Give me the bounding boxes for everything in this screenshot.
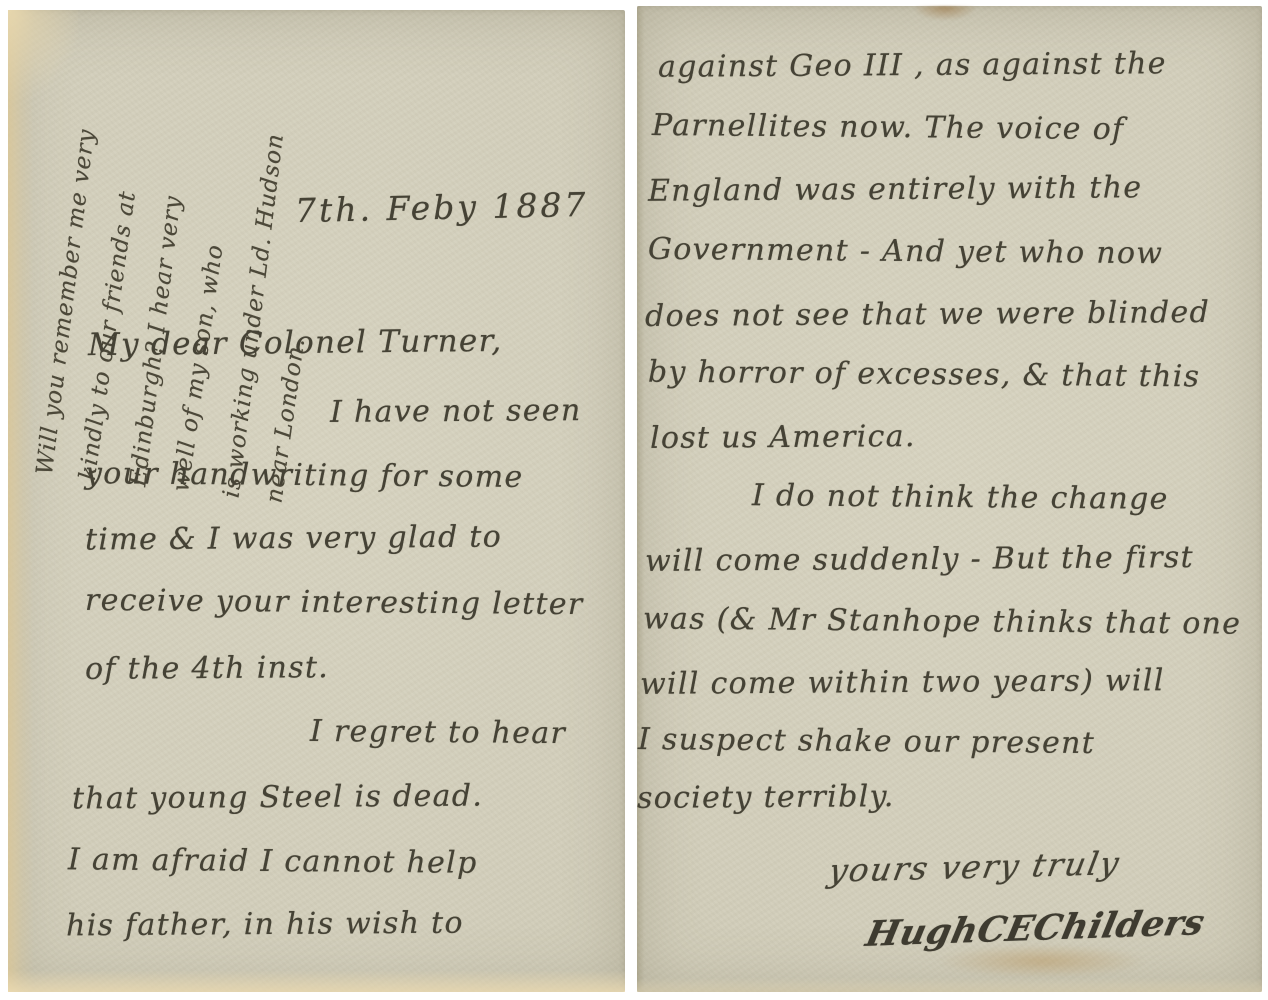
letter-line: was (& Mr Stanhope thinks that one [643, 601, 1242, 641]
letter-line: society terribly. [637, 779, 895, 816]
letter-line: I regret to hear [310, 714, 566, 751]
letter-line: will come suddenly - But the first [645, 540, 1194, 579]
letter-line: Parnellites now. The voice of [652, 108, 1125, 147]
letter-line: England was entirely with the [648, 170, 1143, 208]
letter-page-1: Will you remember me very kindly to our … [8, 10, 625, 992]
letter-date: 7th. Feby 1887 [295, 185, 589, 230]
letter-line: I am afraid I cannot help [68, 842, 478, 881]
letter-page-2: against Geo III , as against the Parnell… [637, 6, 1262, 992]
letter-signature: HughCEChilders [862, 902, 1208, 955]
letter-line: your handwriting for some [85, 456, 524, 495]
margin-note: Will you remember me very kindly to our … [22, 35, 356, 506]
letter-line: Government - And yet who now [648, 232, 1164, 271]
letter-line: of the 4th inst. [85, 650, 329, 687]
letter-line: his father, in his wish to [66, 906, 464, 944]
paper-stain [8, 10, 78, 100]
paper-stain [915, 6, 975, 20]
letter-closing: yours very truly [826, 844, 1124, 890]
letter-line: receive your interesting letter [85, 583, 584, 622]
letter-line: I suspect shake our present [638, 722, 1095, 761]
letter-line: I have not seen [330, 393, 582, 430]
letter-line: does not see that we were blinded [645, 295, 1210, 334]
letter-line: against Geo III , as against the [658, 46, 1167, 85]
letter-line: I do not think the change [752, 478, 1169, 517]
letter-line: that young Steel is dead. [72, 779, 483, 817]
letter-scan: Will you remember me very kindly to our … [0, 0, 1268, 1000]
letter-line: lost us America. [650, 419, 916, 456]
letter-line: time & I was very glad to [85, 520, 502, 558]
letter-line: by horror of excesses, & that this [648, 355, 1201, 395]
letter-line: will come within two years) will [640, 663, 1165, 702]
letter-salutation: My dear Colonel Turner, [88, 323, 503, 363]
